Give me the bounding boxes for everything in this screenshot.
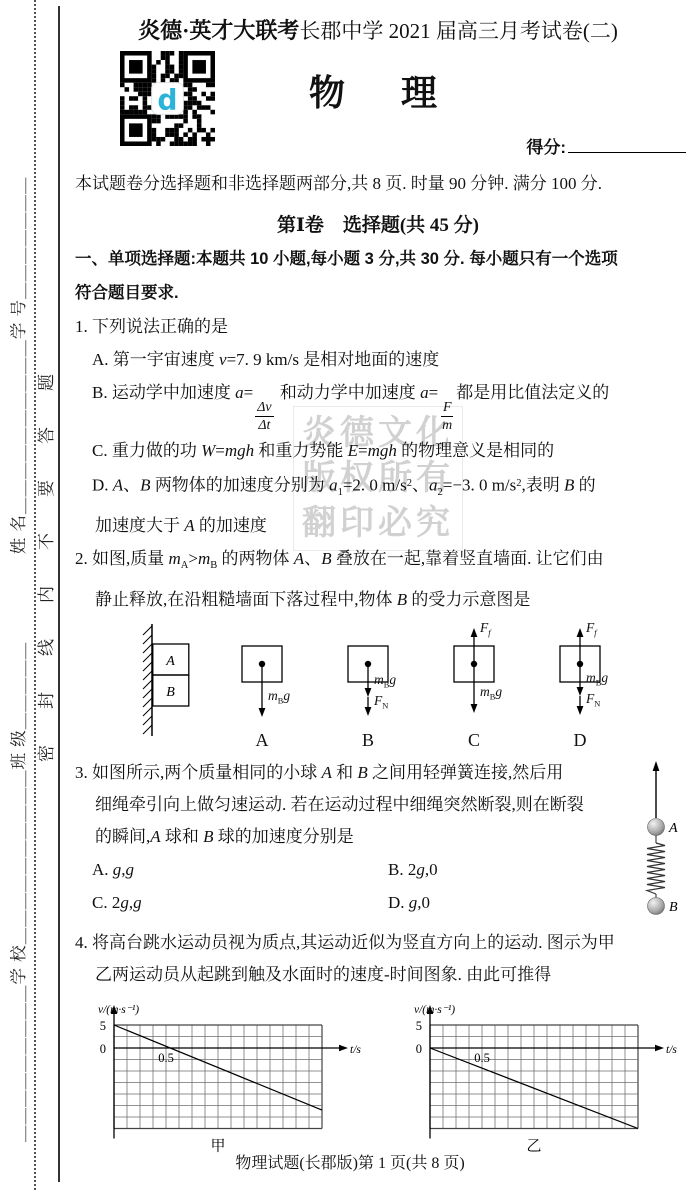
force-label-mbg: mBg [268,688,290,705]
q1-option-b: B. 运动学中加速度 a=ΔvΔt 和动力学中加速度 a=Fm都是用比值法定义的 [62,376,694,434]
svg-text:0: 0 [100,1042,106,1056]
velocity-time-chart-jia: 500.5v/(m·s⁻¹)t/s甲 [74,999,366,1157]
q3-option-d: D. g,0 [388,886,430,919]
q3-stem-line2: 细绳牵引向上做匀速运动. 若在运动过程中细绳突然断裂,则在断裂 [62,789,632,821]
score-blank [568,135,686,153]
q3-option-b: B. 2g,0 [388,853,438,886]
q1-stem: 1. 下列说法正确的是 [62,310,694,343]
wall-block-a-label: A [165,654,175,669]
seal-line-text: 密封线内不要答题 [36,320,58,762]
q2-stem-line1: 2. 如图,质量 mA>mB 的两物体 A、B 叠放在一起,靠着竖直墙面. 让它… [62,542,694,582]
force-label-mbg: mBg [586,670,608,687]
part1-head-line2: 符合题目要求. [62,276,694,310]
q1-option-a: A. 第一宇宙速度 v=7. 9 km/s 是相对地面的速度 [62,343,694,376]
q4-stem-line2: 乙两运动员从起跳到触及水面时的速度-时间图象. 由此可推得 [62,959,694,991]
brand-title: 炎德·英才大联考 [138,18,299,43]
part1-head-line1: 一、单项选择题:本题共 10 小题,每小题 3 分,共 30 分. 每小题只有一… [62,242,694,276]
score-field: 得分: [526,133,686,158]
ball-a-label: A [668,821,678,836]
q3-options-row1: A. g,g B. 2g,0 [62,853,632,886]
force-label-fn: FN [374,693,388,710]
svg-text:v/(m·s⁻¹): v/(m·s⁻¹) [98,1004,139,1016]
paper-title: 炎德·英才大联考长郡中学 2021 届高三月考试卷(二) [62,14,694,45]
option-letter-a: A [223,730,301,751]
svg-text:0.5: 0.5 [158,1051,174,1065]
wall-block-b-label: B [166,685,175,700]
q4-charts: 500.5v/(m·s⁻¹)t/s甲 500.5v/(m·s⁻¹)t/s乙 [74,999,694,1157]
option-letter-d: D [541,730,619,751]
svg-text:v/(m·s⁻¹): v/(m·s⁻¹) [414,1004,455,1016]
exam-paper-page: ＿＿＿＿＿＿＿＿＿学 校＿＿＿＿＿＿＿＿＿＿班 级＿＿＿＿＿ 姓 名＿＿＿＿＿＿… [0,0,700,1190]
q1-option-d-cont: 加速度大于 A 的加速度 [62,509,694,542]
ball-b-label: B [669,900,678,915]
q3-stem-line1: 3. 如图所示,两个质量相同的小球 A 和 B 之间用轻弹簧连接,然后用 [62,757,632,789]
svg-text:0.5: 0.5 [474,1051,490,1065]
q2-option-a-figure: mBg A [223,620,301,751]
q1-option-d: D. A、B 两物体的加速度分别为 a1=2. 0 m/s2、a2=−3. 0 … [62,467,694,509]
question-3: 3. 如图所示,两个质量相同的小球 A 和 B 之间用轻弹簧连接,然后用 细绳牵… [62,757,694,919]
option-letter-b: B [329,730,407,751]
q3-spring-figure: A B [634,759,692,921]
force-label-mbg: mBg [480,684,502,701]
svg-text:5: 5 [100,1019,106,1033]
q3-option-a: A. g,g [92,853,388,886]
main-content: 炎德·英才大联考长郡中学 2021 届高三月考试卷(二) d 物 理 得分: 本… [62,0,694,1157]
velocity-time-chart-yi: 500.5v/(m·s⁻¹)t/s乙 [390,999,682,1157]
exam-instructions: 本试题卷分选择题和非选择题两部分,共 8 页. 时量 90 分钟. 满分 100… [62,167,694,200]
q2-figure-row: A B mBg A [123,620,694,751]
question-4: 4. 将高台跳水运动员视为质点,其运动近似为竖直方向上的运动. 图示为甲 乙两运… [62,927,694,1157]
q2-option-d-figure: Ff mBg FN D [541,620,619,751]
q3-option-c: C. 2g,g [92,886,388,919]
svg-text:5: 5 [416,1019,422,1033]
q4-stem-line1: 4. 将高台跳水运动员视为质点,其运动近似为竖直方向上的运动. 图示为甲 [62,927,694,959]
q2-wall-figure: A B [123,620,195,740]
margin-solid-line [58,6,60,1182]
student-info-fields: ＿＿＿＿＿＿＿＿＿学 校＿＿＿＿＿＿＿＿＿＿班 级＿＿＿＿＿ 姓 名＿＿＿＿＿＿… [6,74,32,1142]
q1-option-c: C. 重力做的功 W=mgh 和重力势能 E=mgh 的物理意义是相同的 [62,434,694,467]
exam-title: 长郡中学 2021 届高三月考试卷(二) [299,19,618,43]
option-letter-c: C [435,730,513,751]
subject-title: 物 理 [62,65,694,116]
header-row: d 物 理 得分: [62,45,694,163]
force-label-fn: FN [586,691,600,708]
q3-stem-line3: 的瞬间,A 球和 B 球的加速度分别是 [62,821,632,853]
q3-options-row2: C. 2g,g D. g,0 [62,886,632,919]
question-2: 2. 如图,质量 mA>mB 的两物体 A、B 叠放在一起,靠着竖直墙面. 让它… [62,542,694,750]
section-title: 第Ⅰ卷 选择题(共 45 分) [62,210,694,242]
q2-option-b-figure: mBg FN B [329,620,407,751]
q2-stem-line2: 静止释放,在沿粗糙墙面下落过程中,物体 B 的受力示意图是 [62,583,694,616]
svg-text:0: 0 [416,1042,422,1056]
q2-option-c-figure: Ff mBg C [435,620,513,751]
svg-text:t/s: t/s [666,1044,677,1056]
svg-text:t/s: t/s [350,1044,361,1056]
force-label-ff: Ff [586,620,597,637]
score-label: 得分: [526,138,566,157]
question-1: 1. 下列说法正确的是 A. 第一宇宙速度 v=7. 9 km/s 是相对地面的… [62,310,694,542]
page-footer: 物理试题(长郡版)第 1 页(共 8 页) [0,1150,700,1173]
force-label-ff: Ff [480,620,491,637]
force-label-mbg: mBg [374,672,396,689]
